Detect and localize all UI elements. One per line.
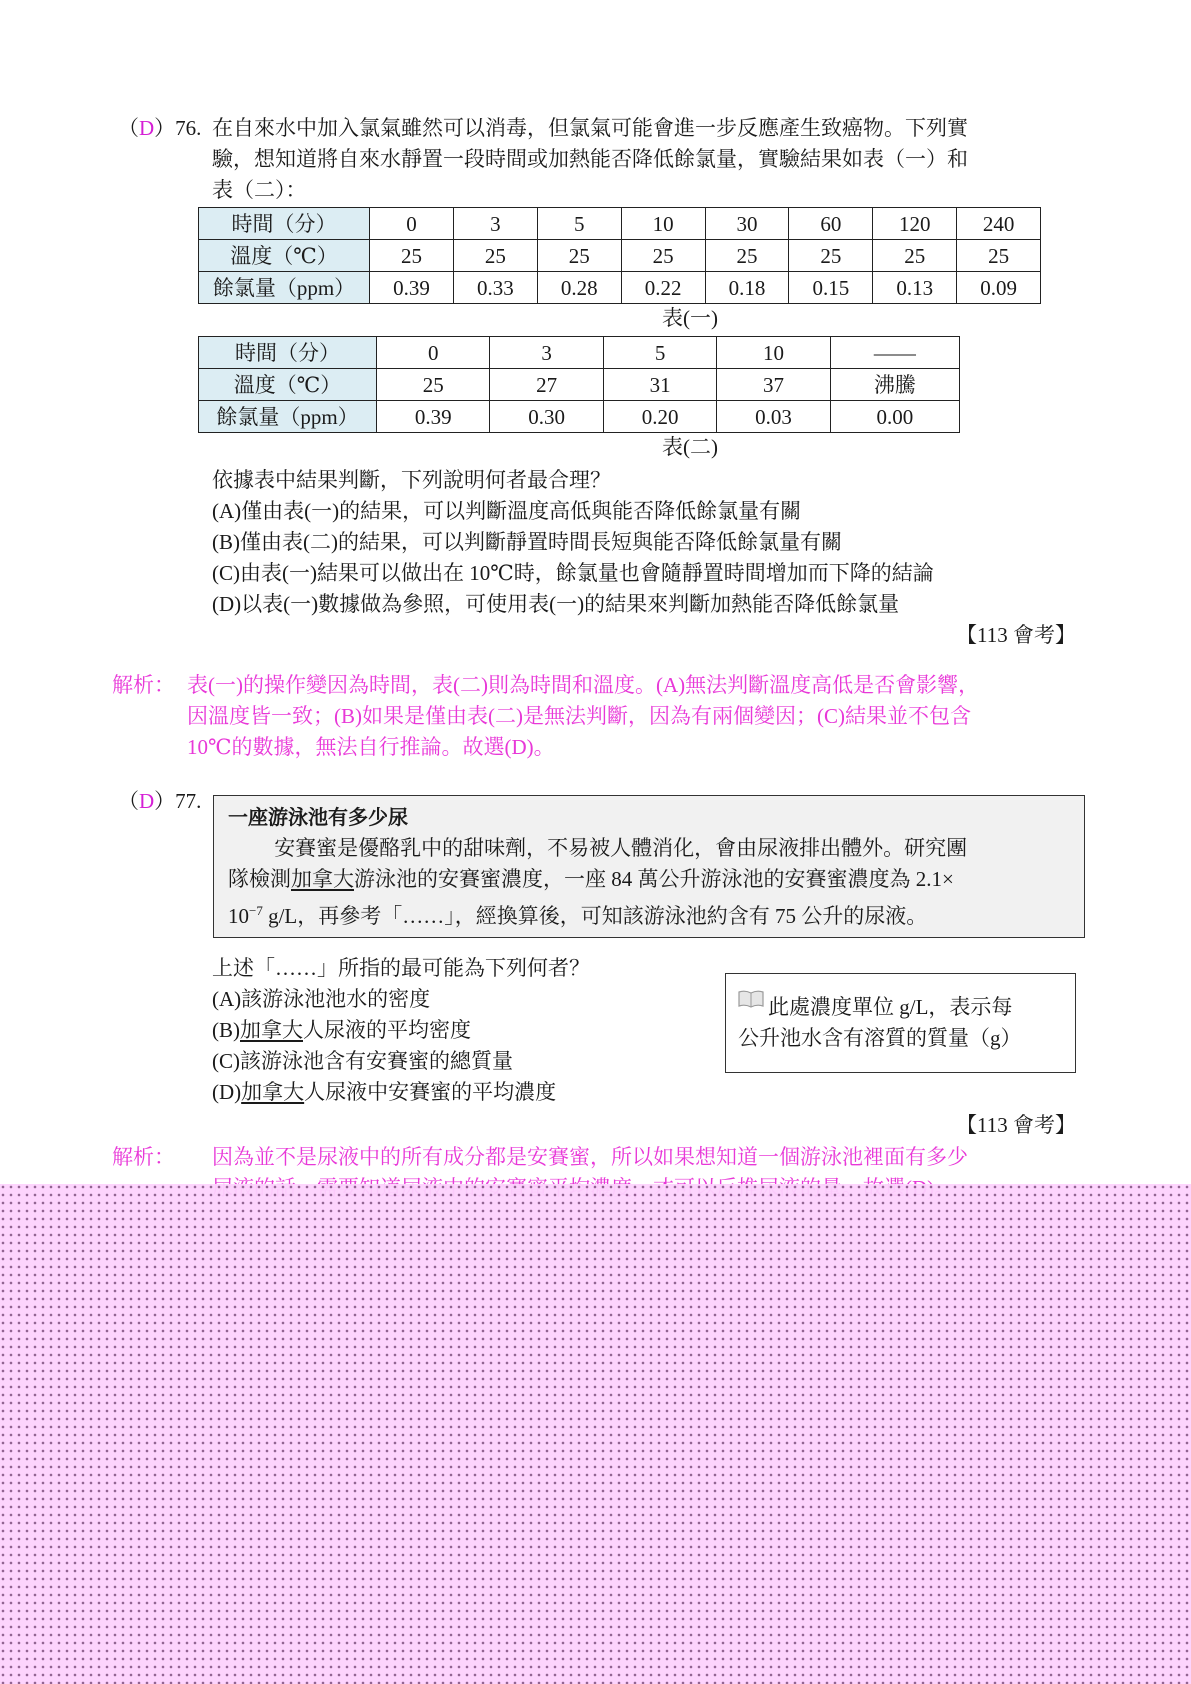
article-box: 一座游泳池有多少尿 安賽蜜是優酪乳中的甜味劑，不易被人體消化，會由尿液排出體外。… [213, 795, 1085, 938]
analysis-label: 解析： [112, 1142, 175, 1173]
pink-dotted-overlay [0, 1184, 1191, 1684]
option-b: (B)僅由表(二)的結果，可以判斷靜置時間長短與能否降低餘氯量有關 [212, 527, 1082, 558]
table-2: 時間（分） 0 3 5 10 —— 溫度（℃） 25 27 31 37 沸騰 餘… [198, 336, 960, 433]
option-a: (A)該游泳池池水的密度 [212, 984, 692, 1015]
question-76-options: 依據表中結果判斷，下列說明何者最合理？ (A)僅由表(一)的結果，可以判斷溫度高… [212, 465, 1082, 620]
option-d: (D)以表(一)數據做為參照，可使用表(一)的結果來判斷加熱能否降低餘氯量 [212, 589, 1082, 620]
analysis-text: 表(一)的操作變因為時間，表(二)則為時間和溫度。(A)無法判斷溫度高低是否會影… [187, 670, 1087, 763]
option-c: (C)該游泳池含有安賽蜜的總質量 [212, 1046, 692, 1077]
table-row: 溫度（℃） 25 27 31 37 沸騰 [199, 369, 960, 401]
option-d: (D)加拿大人尿液中安賽蜜的平均濃度 [212, 1077, 692, 1108]
source-tag: 【113 會考】 [956, 1110, 1076, 1141]
table-row: 餘氯量（ppm） 0.39 0.33 0.28 0.22 0.18 0.15 0… [199, 272, 1041, 304]
question-76-stem: 在自來水中加入氯氣雖然可以消毒，但氯氣可能會進一步反應產生致癌物。下列實 驗，想… [212, 113, 1082, 206]
table-row: 時間（分） 0 3 5 10 30 60 120 240 [199, 208, 1041, 240]
question-prompt: 上述「……」所指的最可能為下列何者？ [212, 953, 692, 984]
book-icon [738, 986, 764, 1004]
question-prompt: 依據表中結果判斷，下列說明何者最合理？ [212, 465, 1082, 496]
question-77-number: （D）77. [118, 786, 201, 817]
answer-letter: D [139, 789, 154, 813]
answer-letter: D [139, 116, 154, 140]
table-1: 時間（分） 0 3 5 10 30 60 120 240 溫度（℃） 25 25… [198, 207, 1041, 304]
analysis-label: 解析： [112, 670, 175, 701]
table-2-caption: 表(二) [620, 432, 760, 463]
option-c: (C)由表(一)結果可以做出在 10℃時，餘氯量也會隨靜置時間增加而下降的結論 [212, 558, 1082, 589]
question-77-options: 上述「……」所指的最可能為下列何者？ (A)該游泳池池水的密度 (B)加拿大人尿… [212, 953, 692, 1108]
table-row: 時間（分） 0 3 5 10 —— [199, 337, 960, 369]
table-1-caption: 表(一) [620, 303, 760, 334]
note-box: 此處濃度單位 g/L，表示每 公升池水含有溶質的質量（g） [725, 973, 1076, 1073]
table-row: 餘氯量（ppm） 0.39 0.30 0.20 0.03 0.00 [199, 401, 960, 433]
source-tag: 【113 會考】 [956, 620, 1076, 651]
article-title: 一座游泳池有多少尿 [228, 802, 1070, 833]
question-76-number: （D）76. [118, 113, 201, 144]
table-row: 溫度（℃） 25 25 25 25 25 25 25 25 [199, 240, 1041, 272]
option-b: (B)加拿大人尿液的平均密度 [212, 1015, 692, 1046]
option-a: (A)僅由表(一)的結果，可以判斷溫度高低與能否降低餘氯量有關 [212, 496, 1082, 527]
